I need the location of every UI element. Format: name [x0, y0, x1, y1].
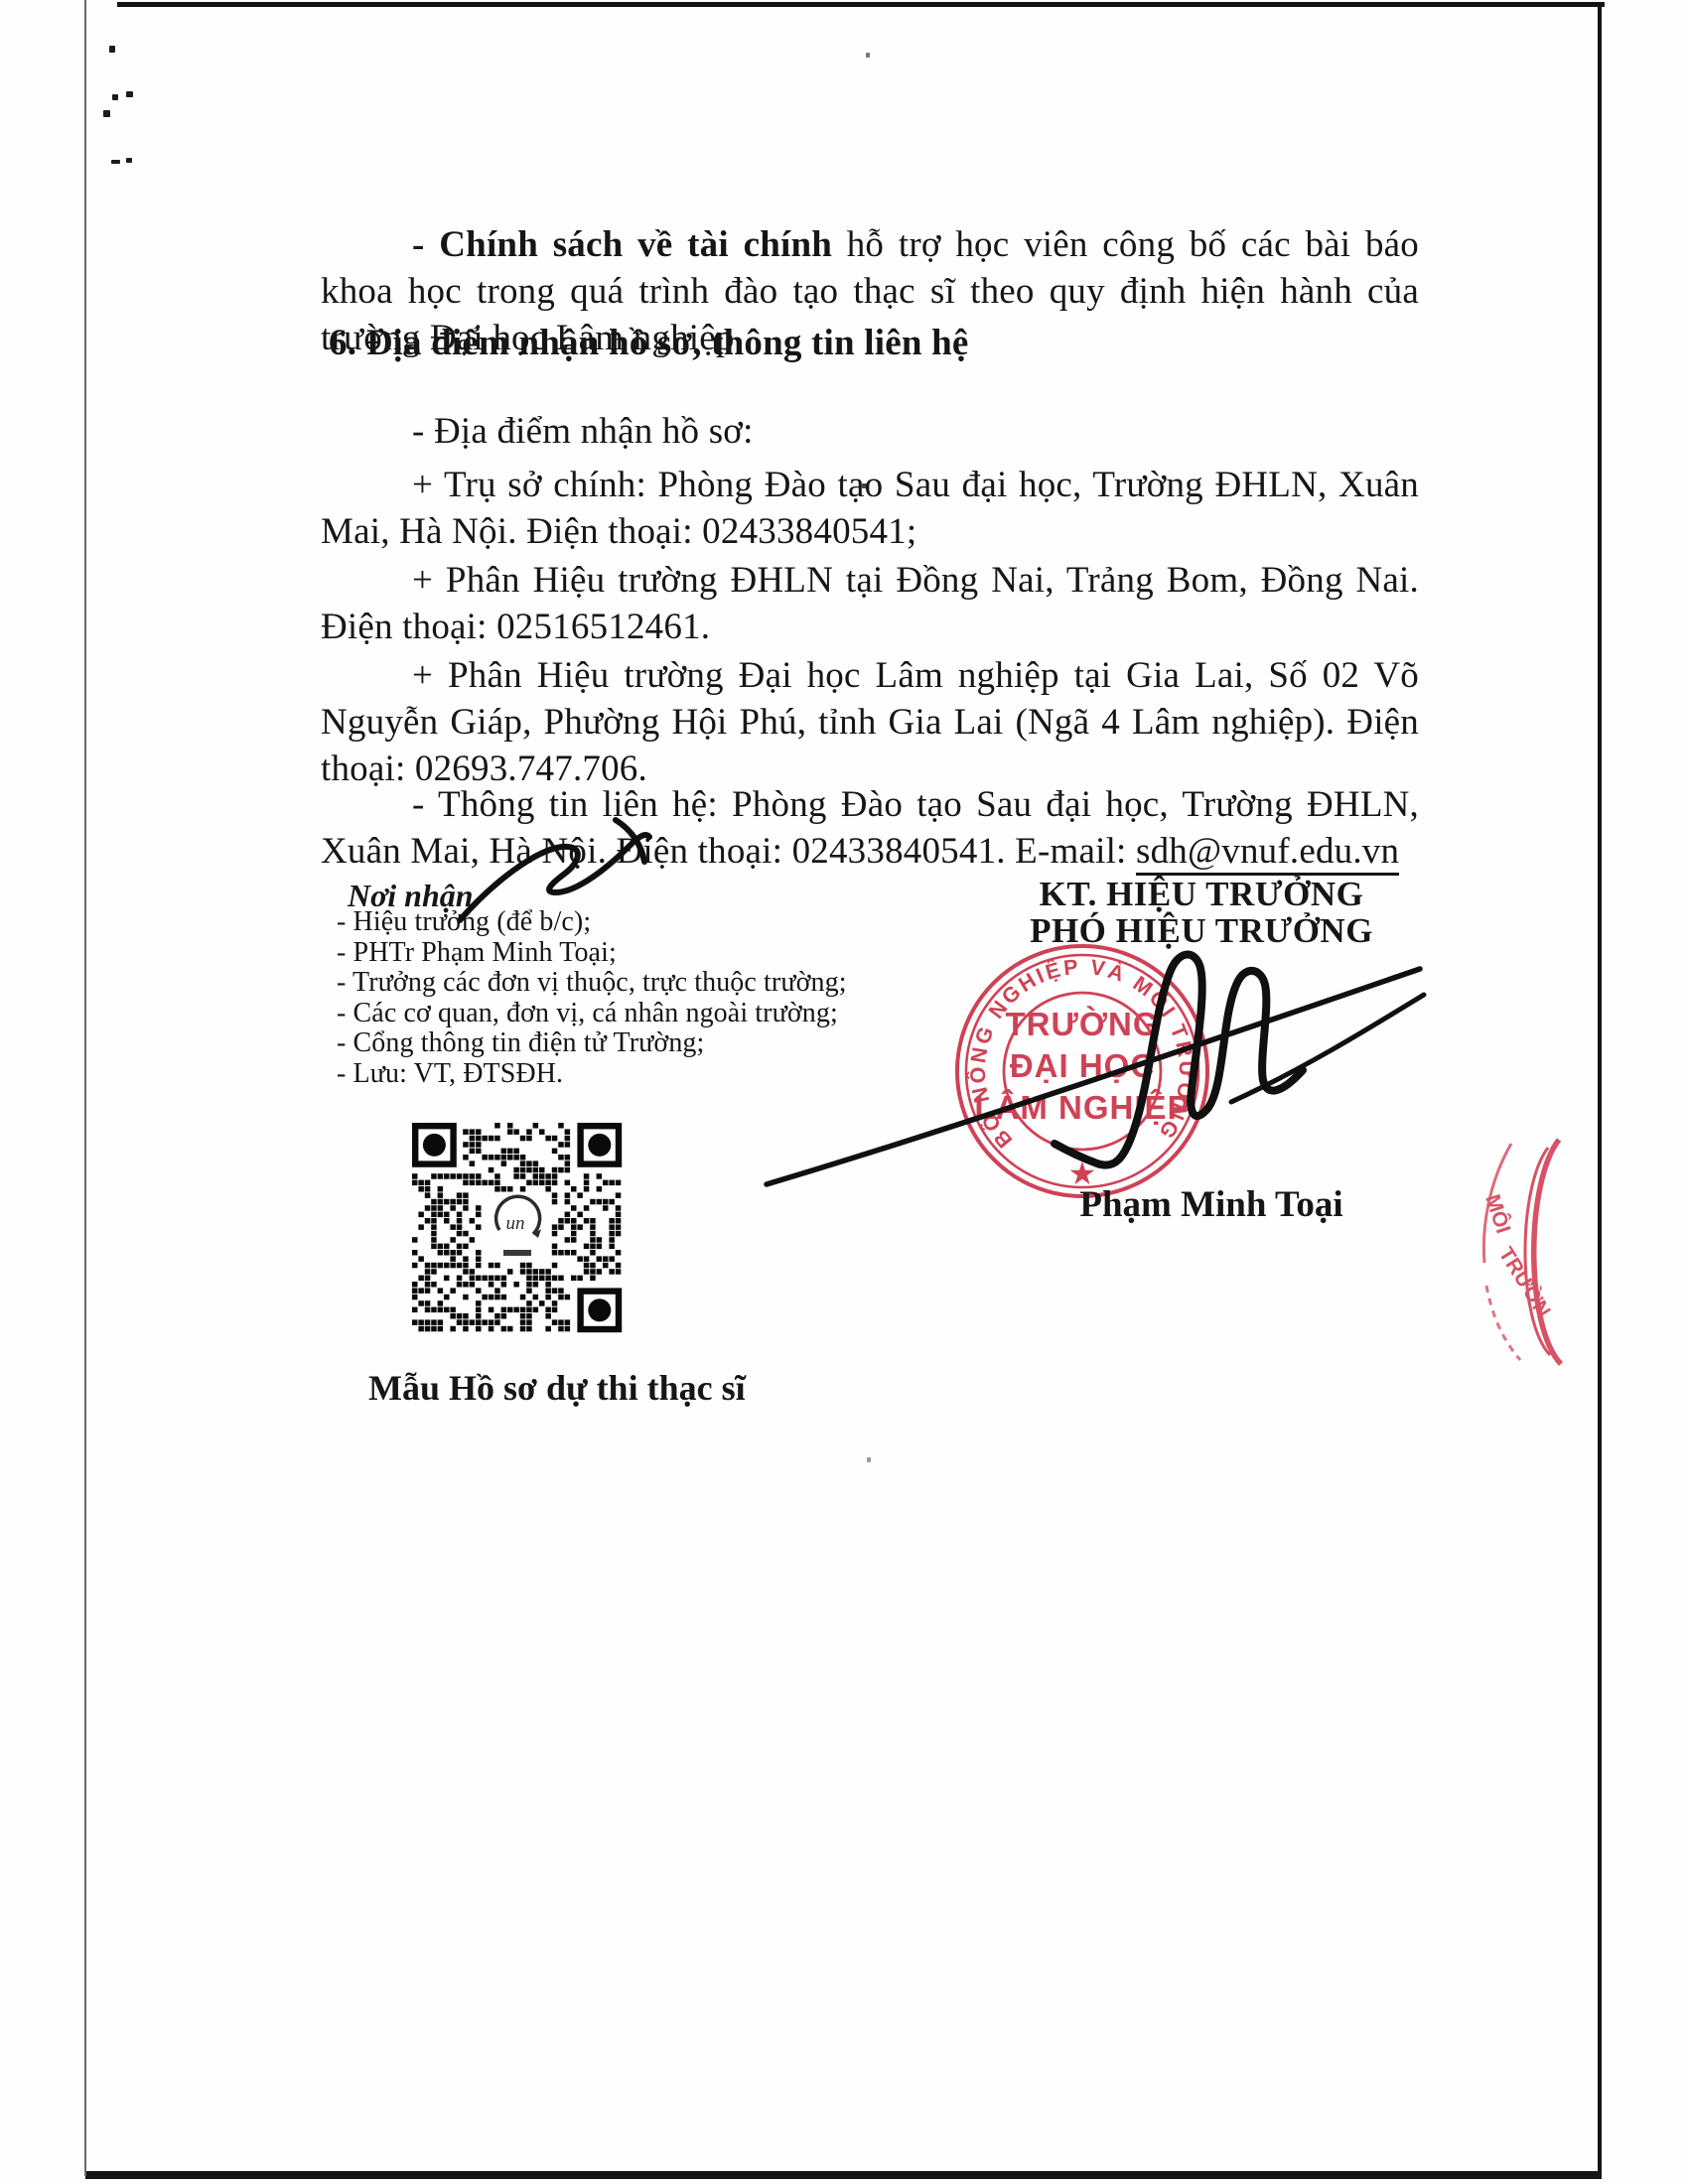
- official-round-stamp: BỘ NÔNG NGHIỆP VÀ MÔI TRƯỜNG TRƯỜNG ĐẠI …: [957, 946, 1207, 1196]
- stamp-center-line3: LÂM NGHIỆP: [974, 1089, 1190, 1126]
- signature-ink-main: [767, 955, 1424, 1184]
- section-6-heading: 6. Địa điểm nhận hồ sơ, thông tin liên h…: [329, 322, 968, 364]
- paragraph-location-intro: - Địa điểm nhận hồ sơ:: [321, 408, 1419, 455]
- stamp-ring-text: BỘ NÔNG NGHIỆP VÀ MÔI TRƯỜNG: [965, 955, 1199, 1153]
- recipient-item: - Cổng thông tin điện tử Trường;: [337, 1028, 847, 1059]
- paragraph-contact: - Thông tin liên hệ: Phòng Đào tạo Sau đ…: [321, 781, 1419, 875]
- scan-border-bottom: [85, 2171, 1602, 2179]
- scan-border-left: [84, 0, 86, 2176]
- edge-stamp-text-bottom: TRƯỜN: [1494, 1243, 1556, 1321]
- recipient-item: - Hiệu trưởng (để b/c);: [337, 907, 847, 938]
- signer-name: Phạm Minh Toại: [1023, 1183, 1400, 1226]
- qr-center-logo-icon: un: [492, 1196, 542, 1256]
- qr-caption: Mẫu Hồ sơ dự thi thạc sĩ: [368, 1367, 746, 1409]
- recipient-item: - Các cơ quan, đơn vị, cá nhân ngoài trư…: [337, 999, 847, 1029]
- recipient-item: - Lưu: VT, ĐTSĐH.: [337, 1059, 847, 1090]
- qr-code: un: [412, 1123, 623, 1333]
- scan-speck: [111, 160, 120, 164]
- signature-title-block: KT. HIỆU TRƯỞNG PHÓ HIỆU TRƯỞNG: [933, 876, 1470, 949]
- signature-title-line1: KT. HIỆU TRƯỞNG: [933, 876, 1470, 912]
- scan-speck: [866, 53, 870, 58]
- signature-title-line2: PHÓ HIỆU TRƯỞNG: [933, 912, 1470, 949]
- recipients-list: - Hiệu trưởng (để b/c); - PHTr Phạm Minh…: [337, 907, 847, 1090]
- scan-speck: [112, 94, 118, 100]
- scan-speck: [867, 1457, 871, 1462]
- paragraph-branch-gialai: + Phân Hiệu trường Đại học Lâm nghiệp tạ…: [321, 652, 1419, 792]
- finance-policy-lead: - Chính sách về tài chính: [412, 224, 832, 265]
- paragraph-branch-dongnai: + Phân Hiệu trường ĐHLN tại Đồng Nai, Tr…: [321, 557, 1419, 650]
- scan-speck: [103, 110, 110, 117]
- scan-border-top: [117, 2, 1605, 7]
- scan-speck: [126, 158, 132, 163]
- svg-text:BỘ NÔNG NGHIỆP VÀ MÔI TRƯỜNG: BỘ NÔNG NGHIỆP VÀ MÔI TRƯỜNG: [965, 955, 1199, 1153]
- recipient-item: - PHTr Phạm Minh Toại;: [337, 938, 847, 969]
- stamp-center-line2: ĐẠI HỌC: [1010, 1047, 1155, 1084]
- scan-speck: [126, 91, 133, 97]
- edge-partial-stamp: MÔI TRƯỜN: [1480, 1140, 1561, 1364]
- paragraph-location-main: + Trụ sở chính: Phòng Đào tạo Sau đại họ…: [321, 462, 1419, 555]
- stamp-center-line1: TRƯỜNG: [1005, 1006, 1159, 1042]
- contact-email: sdh@vnuf.edu.vn: [1136, 831, 1399, 876]
- scanned-document-page: - Chính sách về tài chính hỗ trợ học viê…: [0, 0, 1688, 2184]
- edge-stamp-text-top: MÔI: [1480, 1191, 1515, 1236]
- recipient-item: - Trưởng các đơn vị thuộc, trực thuộc tr…: [337, 968, 847, 999]
- svg-text:un: un: [506, 1213, 525, 1234]
- scan-border-right: [1598, 4, 1602, 2178]
- scan-speck: [109, 46, 115, 53]
